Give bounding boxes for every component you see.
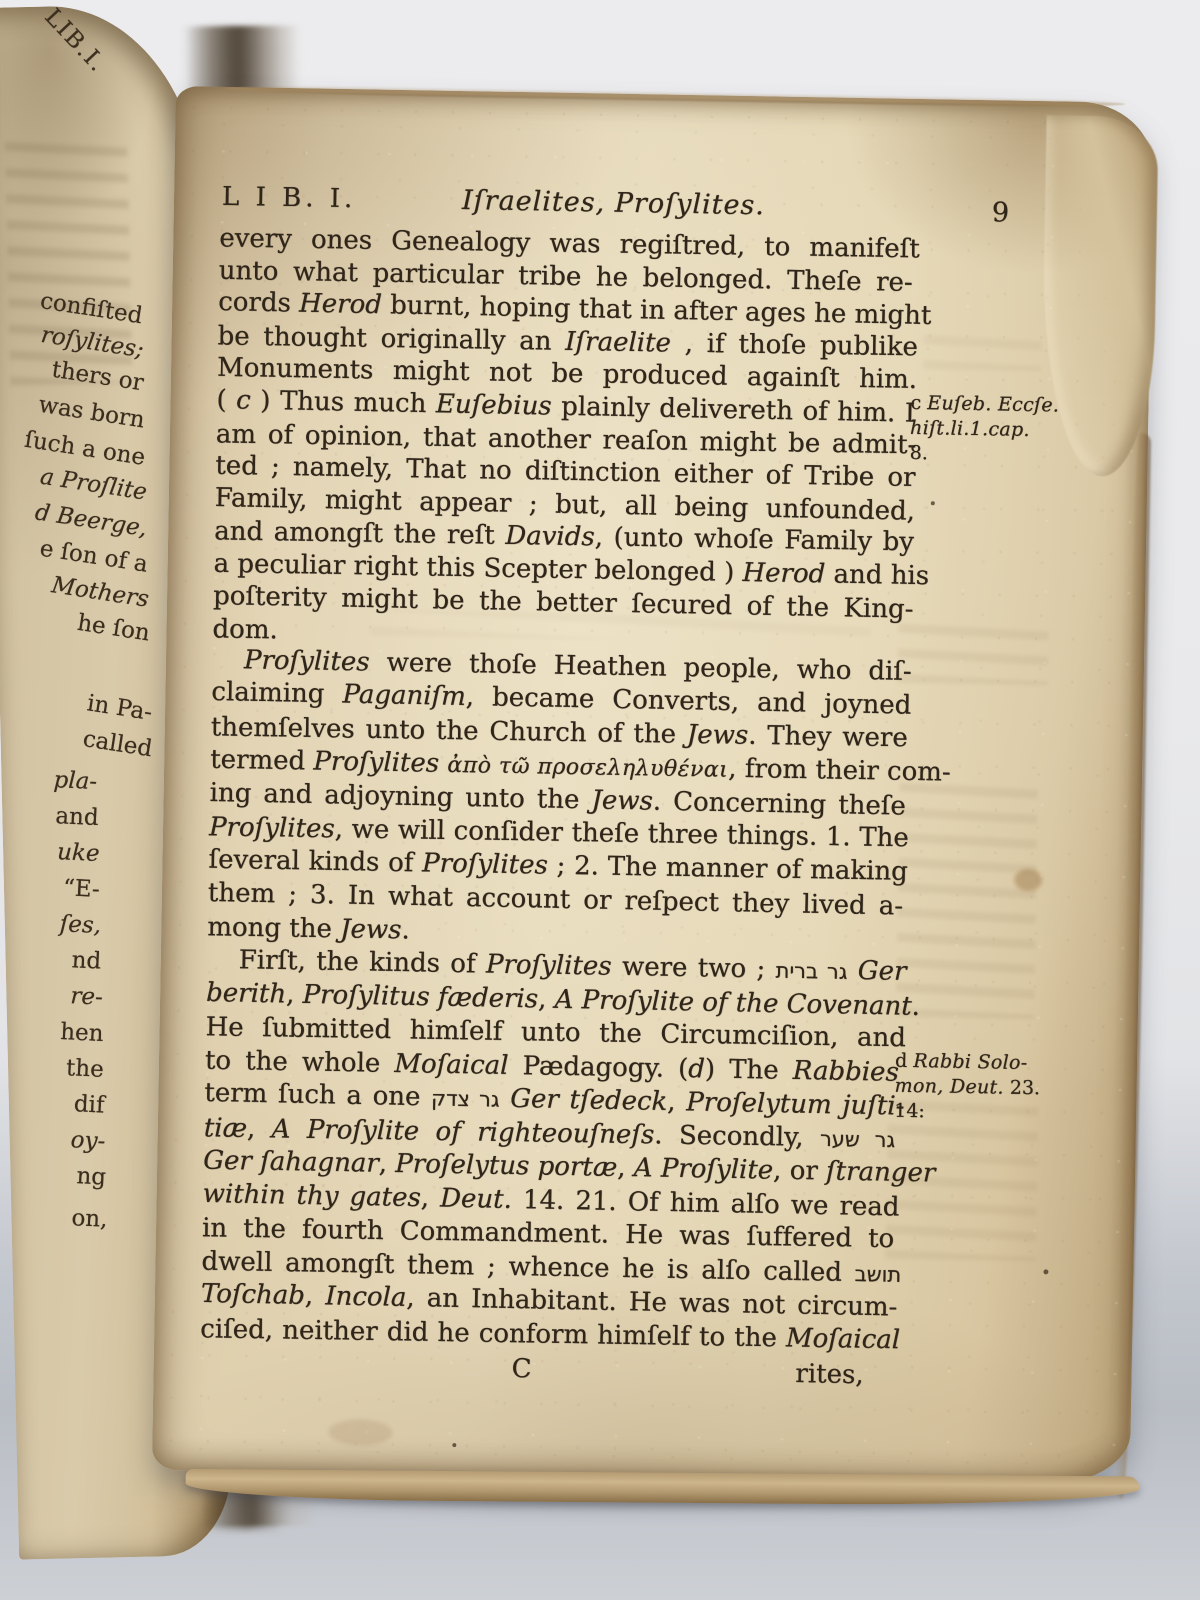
left-page-text-fragment: in Pa- [85, 690, 154, 726]
margin-note-line: d Rabbi Solo- [895, 1049, 1055, 1077]
left-page-fragments: confiſtedroſylites;thers orwas bornſuch … [0, 3, 198, 8]
margin-note-d: d Rabbi Solo-mon, Deut. 23.14: [894, 1049, 1055, 1127]
margin-note-c: c Euſeb. Eccſe.hiſt.li.1.cap.8. [909, 391, 1070, 469]
running-title: Iſraelites, Proſylites. [462, 185, 765, 221]
left-page-text-fragment: ng [76, 1163, 107, 1190]
left-page-text-fragment: on, [71, 1205, 108, 1233]
margin-note-line: 14: [894, 1099, 1054, 1127]
margin-note-line: c Euſeb. Eccſe. [910, 391, 1070, 419]
section-heading: L I B. I. [222, 182, 357, 214]
left-page-text-fragment: he ſon [76, 610, 152, 647]
left-page-text-fragment: called [82, 726, 155, 762]
left-page-text-fragment: d Beerge, [34, 499, 149, 542]
left-page-text-fragment: re- [69, 983, 103, 1010]
left-page-text-fragment: e ſon of a [38, 536, 149, 578]
left-page-text-fragment: ſes, [59, 911, 101, 939]
left-page-text-fragment: the [66, 1055, 105, 1083]
page-text: L I B. I. Iſraelites, Proſylites. 9 ever… [152, 86, 1154, 1487]
left-page-text-fragment: and [55, 803, 99, 831]
margin-note-line: mon, Deut. 23. [894, 1074, 1054, 1102]
left-page-text-fragment: a Proſlite [38, 464, 148, 506]
book-page: L I B. I. Iſraelites, Proſylites. 9 ever… [152, 86, 1154, 1487]
left-page-header: LIB.I. [39, 4, 111, 78]
left-page-text-fragment: pla- [53, 767, 98, 795]
left-page-text-fragment: dif [74, 1091, 106, 1118]
left-page-text-fragment: oy- [71, 1127, 107, 1155]
left-page-text-fragment: Mothers [50, 572, 151, 613]
page-number: 9 [992, 197, 1010, 228]
left-page-text-fragment: uke [56, 839, 100, 867]
signature-mark: C [511, 1354, 531, 1384]
text-column: every ones Genealogy was regiſtred, to m… [176, 86, 1154, 103]
left-page-text-fragment: “E- [63, 875, 101, 903]
left-page-text-fragment: was born [37, 392, 147, 434]
margin-note-line: hiſt.li.1.cap. [910, 416, 1070, 444]
margin-note-line: 8. [909, 441, 1069, 469]
catchword: rites, [795, 1359, 864, 1390]
left-page-text-fragment: hen [59, 1019, 103, 1047]
left-page-text-fragment: nd [72, 947, 103, 974]
